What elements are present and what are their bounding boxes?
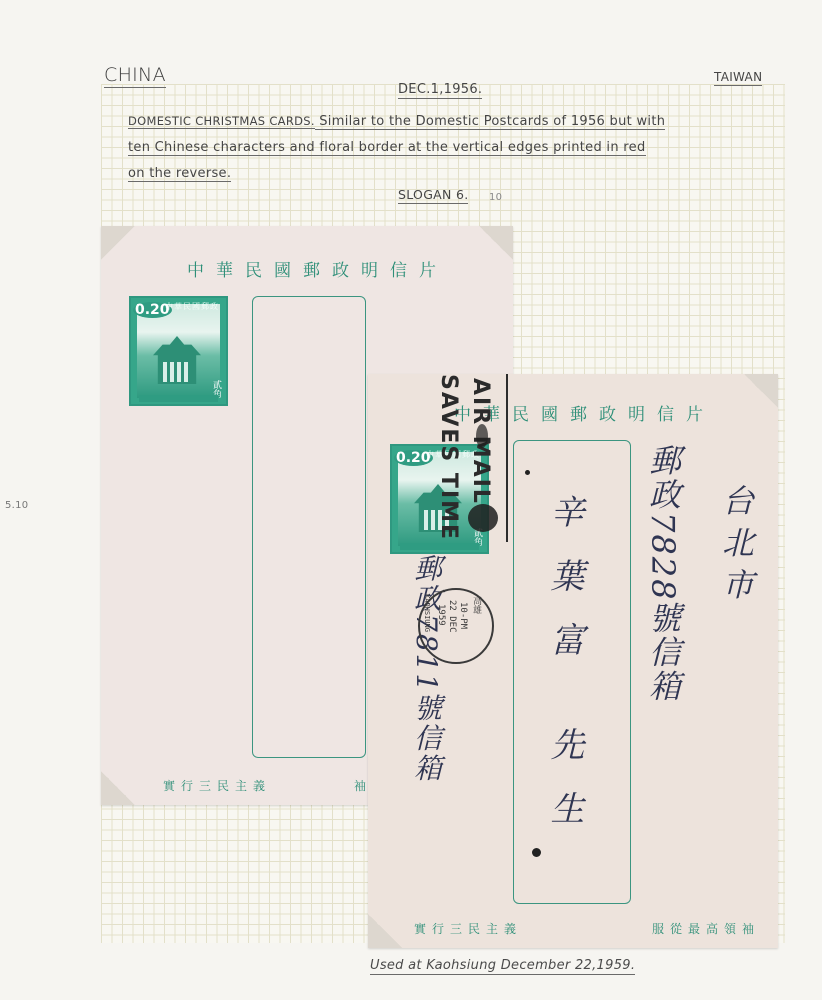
mount-corner [101, 226, 135, 260]
card-footer-left: 實行三民主義 [163, 777, 271, 794]
handwritten-addressee: 辛葉富 先生 [540, 494, 589, 855]
building-columns [163, 362, 191, 382]
stamp-caption-strip [400, 543, 479, 550]
description: DOMESTIC CHRISTMAS CARDS. Similar to the… [128, 108, 768, 187]
postal-card-used: 中華民國郵政明信片 0.20 中華民國郵政 貳角 實行三民主義 服從最高領袖 辛… [368, 374, 778, 948]
description-line1: Similar to the Domestic Postcards of 195… [315, 114, 665, 130]
circular-datestamp: 高雄 10-PM 22 DEC 1959 KAOHSIUNG [418, 588, 494, 664]
mount-corner [744, 374, 778, 408]
slogan-line2: SAVES TIME [436, 374, 461, 541]
cds-date: 22 DEC [447, 600, 457, 633]
card-heading: 中華民國郵政明信片 [187, 256, 448, 281]
issue-date-text: DEC.1,1956. [398, 82, 482, 99]
usage-caption-text: Used at Kaohsiung December 22,1959. [370, 958, 635, 975]
description-line3: on the reverse. [128, 166, 231, 182]
cds-time: 10-PM [458, 602, 468, 629]
slogan-cancel: AIR MAIL SAVES TIME [432, 374, 508, 542]
slogan-pencil-note: 10 [489, 192, 502, 203]
stamp-legend: 中華民國郵政 [165, 301, 219, 312]
address-box [252, 296, 366, 758]
mount-corner [101, 771, 135, 805]
description-title: DOMESTIC CHRISTMAS CARDS. [128, 114, 315, 129]
slogan-label: SLOGAN 6. [398, 187, 468, 202]
ink-blot [468, 504, 498, 532]
cds-city-cn: 高雄 [470, 596, 483, 614]
description-line2: ten Chinese characters and floral border… [128, 140, 646, 156]
issue-date: DEC.1,1956. [398, 82, 482, 97]
margin-pencil-note: 5.10 [5, 500, 28, 511]
region-text: TAIWAN [714, 70, 762, 86]
mount-corner [368, 914, 402, 948]
ink-spot [532, 848, 541, 857]
cds-city-en: KAOHSIUNG [423, 594, 431, 632]
mount-corner [479, 226, 513, 260]
country-title: CHINA [104, 64, 166, 86]
usage-caption: Used at Kaohsiung December 22,1959. [370, 958, 635, 973]
handwritten-sender: 郵政7811號信箱 [406, 554, 446, 783]
ink-blot [476, 424, 488, 448]
ink-spot [525, 470, 530, 475]
region-title: TAIWAN [714, 70, 762, 84]
cds-year: 1959 [436, 604, 446, 626]
card-footer-right: 服從最高領袖 [652, 920, 760, 937]
slogan-text: SLOGAN 6. [398, 187, 468, 204]
imprinted-stamp: 0.20 中華民國郵政 貳角 [129, 296, 228, 406]
handwritten-address: 郵政7828號信箱 [640, 444, 686, 703]
stamp-caption-strip [139, 395, 218, 402]
handwritten-city: 台北市 [713, 484, 759, 610]
country-text: CHINA [104, 64, 166, 88]
card-footer-left: 實行三民主義 [414, 920, 522, 937]
